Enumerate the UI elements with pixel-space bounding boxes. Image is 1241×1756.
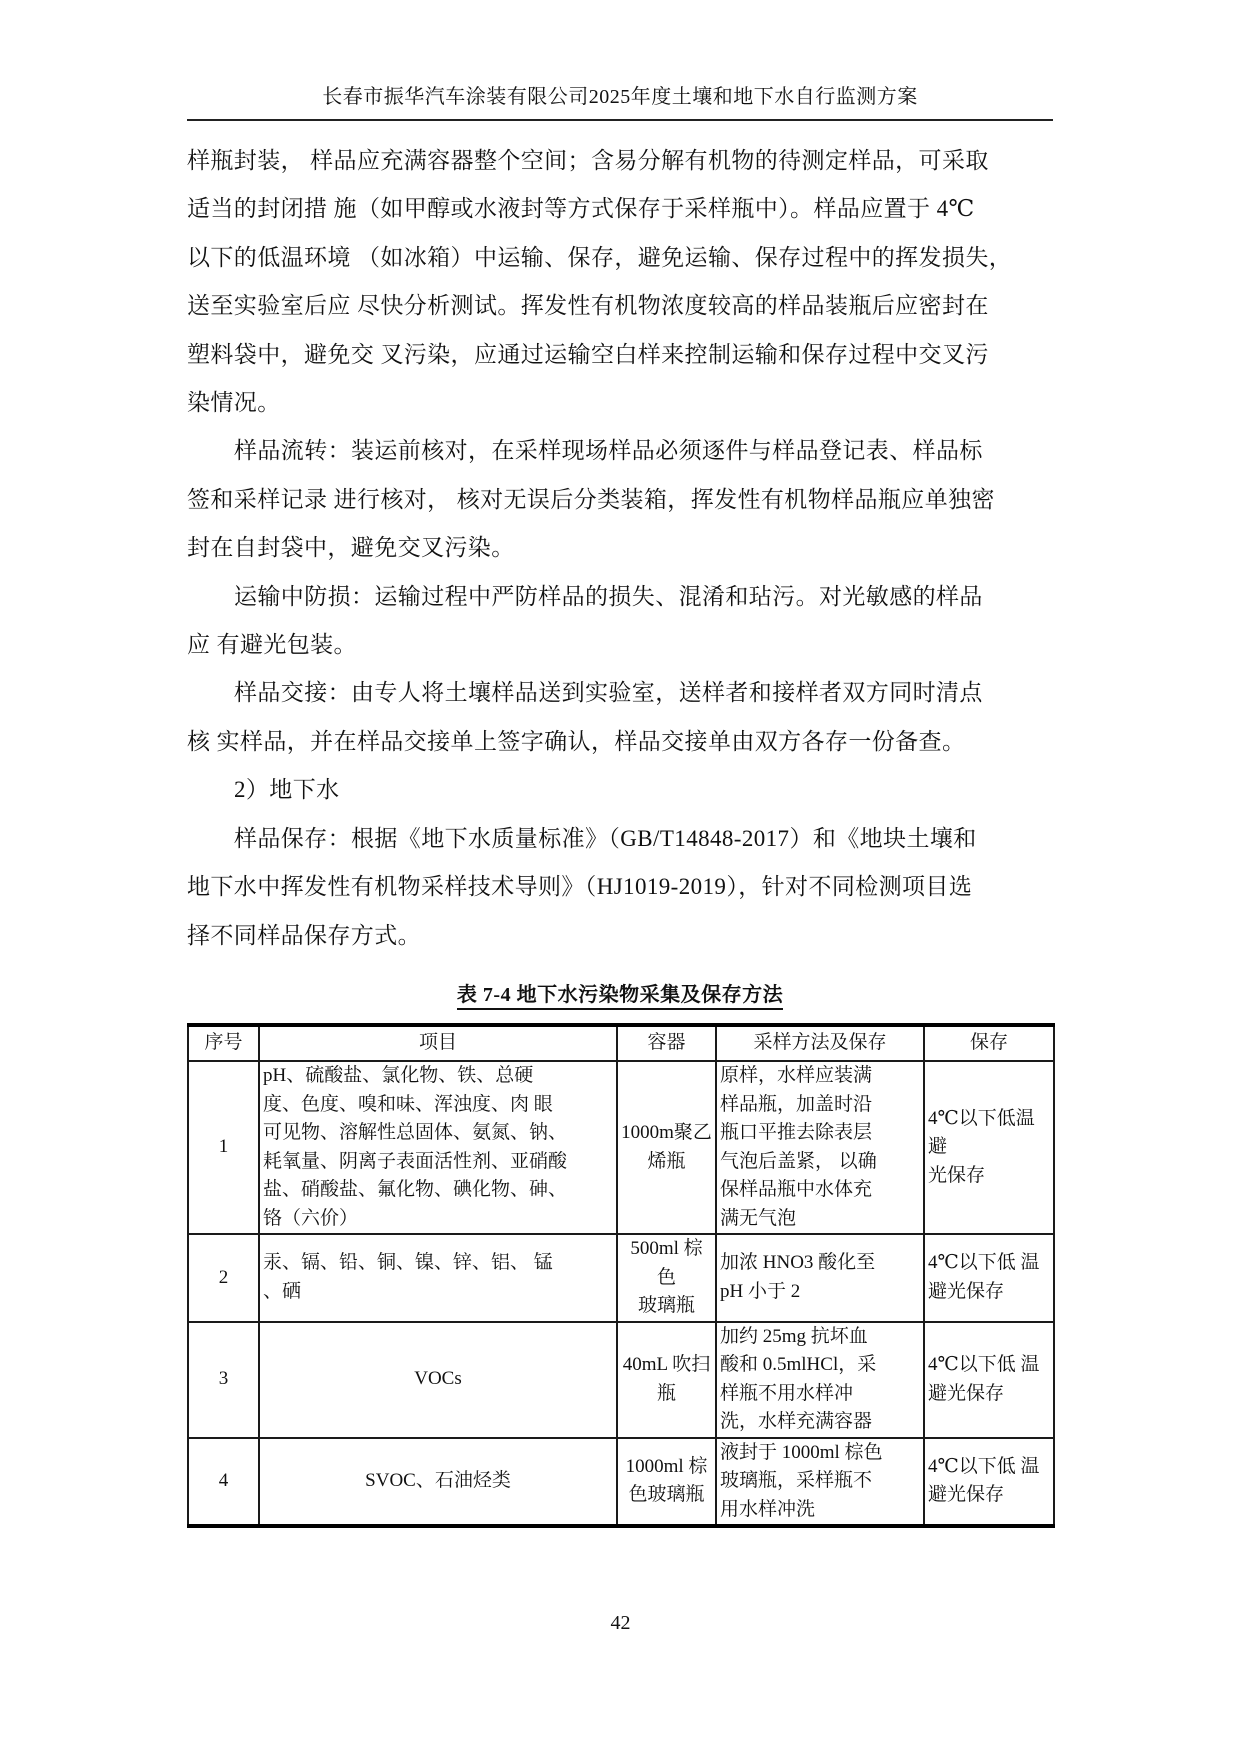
paragraph-sample-transfer: 样品流转：装运前核对，在采样现场样品必须逐件与样品登记表、样品标 签和采样记录 …	[187, 427, 1053, 572]
page-header-title: 长春市振华汽车涂装有限公司2025年度土壤和地下水自行监测方案	[187, 84, 1053, 121]
table-header-row: 序号 项目 容器 采样方法及保存 保存	[188, 1025, 1054, 1061]
container-cell: 1000m聚乙 烯瓶	[617, 1061, 716, 1234]
paragraph-sample-preservation: 样品保存：根据《地下水质量标准》（GB/T14848-2017）和《地块土壤和 …	[187, 815, 1053, 960]
item-cell: pH、硫酸盐、氯化物、铁、总硬 度、色度、嗅和味、浑浊度、肉 眼 可见物、溶解性…	[259, 1061, 617, 1234]
container-cell: 40mL 吹扫 瓶	[617, 1322, 716, 1438]
paragraph-sample-packing: 样瓶封装， 样品应充满容器整个空间；含易分解有机物的待测定样品，可采取 适当的封…	[187, 137, 1053, 427]
table-row: 4 SVOC、石油烃类 1000ml 棕 色玻璃瓶 液封于 1000ml 棕色 …	[188, 1438, 1054, 1527]
table-caption: 表 7-4 地下水污染物采集及保存方法	[187, 978, 1053, 1007]
storage-cell: 4℃以下低 温 避光保存	[924, 1234, 1054, 1322]
item-cell: SVOC、石油烃类	[259, 1438, 617, 1527]
paragraph-groundwater-heading: 2）地下水	[187, 766, 1053, 814]
storage-cell: 4℃以下低 温 避光保存	[924, 1438, 1054, 1527]
paragraph-transport-protection: 运输中防损：运输过程中严防样品的损失、混淆和玷污。对光敏感的样品 应 有避光包装…	[187, 573, 1053, 670]
method-cell: 原样，水样应装满 样品瓶，加盖时沿 瓶口平推去除表层 气泡后盖紧， 以确 保样品…	[716, 1061, 924, 1234]
container-cell: 1000ml 棕 色玻璃瓶	[617, 1438, 716, 1527]
table-caption-text: 表 7-4 地下水污染物采集及保存方法	[457, 984, 783, 1010]
method-cell: 液封于 1000ml 棕色 玻璃瓶，采样瓶不 用水样冲洗	[716, 1438, 924, 1527]
groundwater-sampling-table: 序号 项目 容器 采样方法及保存 保存 1 pH、硫酸盐、氯化物、铁、总硬 度、…	[187, 1023, 1055, 1528]
row-number-cell: 2	[188, 1234, 259, 1322]
item-cell: VOCs	[259, 1322, 617, 1438]
row-number-cell: 1	[188, 1061, 259, 1234]
paragraph-sample-handover: 样品交接：由专人将土壤样品送到实验室，送样者和接样者双方同时清点 核 实样品，并…	[187, 669, 1053, 766]
method-cell: 加约 25mg 抗坏血 酸和 0.5mlHCl，采 样瓶不用水样冲 洗，水样充满…	[716, 1322, 924, 1438]
header-cell-container: 容器	[617, 1025, 716, 1061]
method-cell: 加浓 HNO3 酸化至 pH 小于 2	[716, 1234, 924, 1322]
header-cell-method: 采样方法及保存	[716, 1025, 924, 1061]
container-cell: 500ml 棕色 玻璃瓶	[617, 1234, 716, 1322]
item-cell: 汞、镉、铅、铜、镍、锌、铝、 锰 、硒	[259, 1234, 617, 1322]
storage-cell: 4℃以下低 温 避光保存	[924, 1322, 1054, 1438]
header-cell-item: 项目	[259, 1025, 617, 1061]
table-row: 1 pH、硫酸盐、氯化物、铁、总硬 度、色度、嗅和味、浑浊度、肉 眼 可见物、溶…	[188, 1061, 1054, 1234]
header-cell-number: 序号	[188, 1025, 259, 1061]
page-number: 42	[0, 1612, 1241, 1635]
document-body: 样瓶封装， 样品应充满容器整个空间；含易分解有机物的待测定样品，可采取 适当的封…	[187, 137, 1053, 960]
document-page: 长春市振华汽车涂装有限公司2025年度土壤和地下水自行监测方案 样瓶封装， 样品…	[0, 0, 1241, 1756]
storage-cell: 4℃以下低温避 光保存	[924, 1061, 1054, 1234]
table-row: 3 VOCs 40mL 吹扫 瓶 加约 25mg 抗坏血 酸和 0.5mlHCl…	[188, 1322, 1054, 1438]
table-row: 2 汞、镉、铅、铜、镍、锌、铝、 锰 、硒 500ml 棕色 玻璃瓶 加浓 HN…	[188, 1234, 1054, 1322]
row-number-cell: 3	[188, 1322, 259, 1438]
header-cell-storage: 保存	[924, 1025, 1054, 1061]
row-number-cell: 4	[188, 1438, 259, 1527]
